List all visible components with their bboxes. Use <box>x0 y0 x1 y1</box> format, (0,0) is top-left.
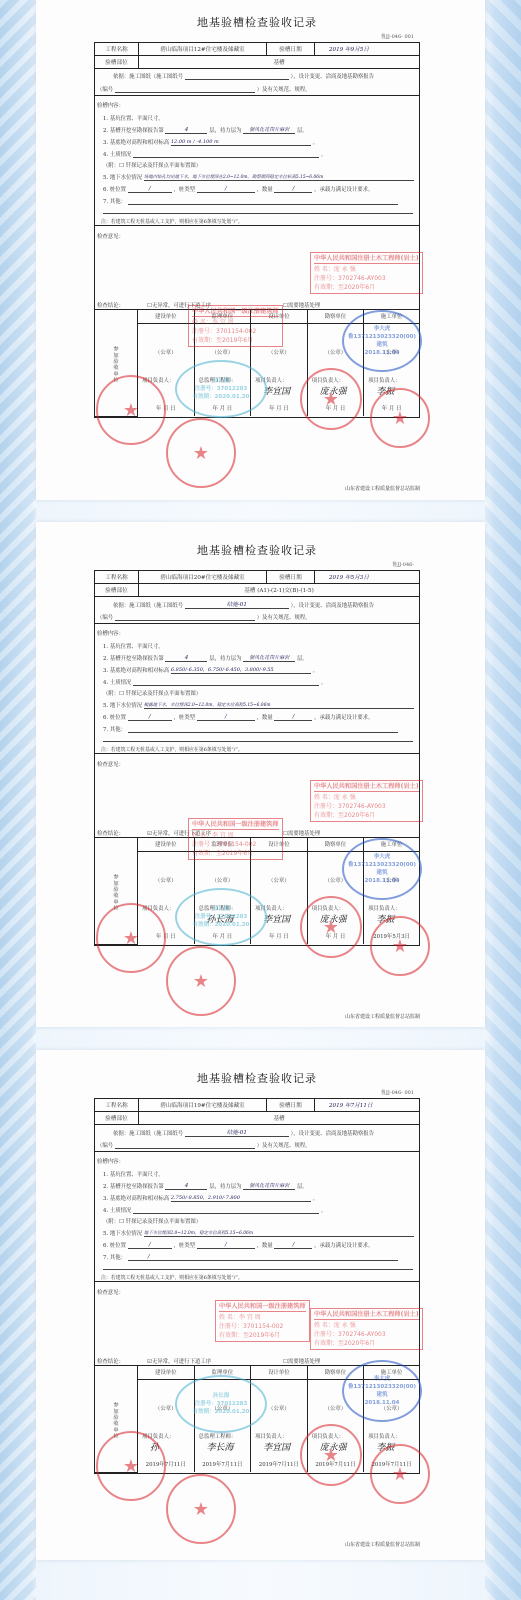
unit-cell: （公章）项目负责人：年 月 日 <box>138 323 195 416</box>
units-table: 参加验收单位 建设单位 监理单位 设计单位 勘察单位 施工单位 （公章）项目负责… <box>95 1366 419 1473</box>
sign-date: 年 月 日 <box>195 404 251 412</box>
units-section: 参加验收单位 建设单位 监理单位 设计单位 勘察单位 施工单位 （公章）项目负责… <box>95 1366 419 1473</box>
unit-name: 监理单位 <box>194 1366 251 1379</box>
item-1: 1. 基坑位置、平面尺寸。 <box>103 1170 164 1178</box>
elevation-value: 2.750/-8.850，2.910/-7.800 <box>171 1194 311 1202</box>
attachment-note: （附：☐ 钎探记录及钎探点平面布置图） <box>103 689 201 697</box>
basis-prefix: 依据：施工图纸（施工图纸号 <box>113 603 183 609</box>
signature: 李宜国 <box>263 912 290 925</box>
person-label: 项目负责人： <box>368 904 400 912</box>
pile-count: / <box>274 1242 312 1249</box>
pile-note: 注：若建筑工程无桩基或人工支护，则相应在第6条填写处划“/”。 <box>101 1274 243 1281</box>
drawing-number: 结施-01 <box>185 1128 289 1137</box>
unit-cell: （公章）项目负责人：庞永强年 月 日 <box>307 851 364 944</box>
seal-placeholder: （公章） <box>308 348 364 356</box>
unit-cell: （公章）总监理工程师：孙长海年 月 日 <box>194 851 251 944</box>
sign-date: 年 月 日 <box>195 932 251 940</box>
item-2: 2. 基槽开挖至勘探报告第 4 层，持力层为 强风化花岗片麻岩 层。 <box>103 654 308 662</box>
basis-prefix: 依据：施工图纸（施工图纸号 <box>113 74 183 80</box>
conclusion-treatment-checkbox[interactable]: ☐需要地基处理 <box>283 829 320 837</box>
item-1: 1. 基坑位置、平面尺寸。 <box>103 114 164 122</box>
basis-suffix: ），设计变更、洽商及地基勘察报告 <box>291 74 375 80</box>
person-label: 项目负责人： <box>312 904 344 912</box>
other-value <box>128 198 398 205</box>
unit-cell: （公章）项目负责人：年 月 日 <box>138 851 195 944</box>
part-label: 验槽部位 <box>95 1112 139 1125</box>
signature: 李长海 <box>207 1440 234 1453</box>
groundwater-value: 场地内钻孔均见地下水，地下水位埋深在2.0~12.0m，勘察期间稳定水位标高5.… <box>144 174 414 181</box>
item-6-prefix: 6. 桩位置 <box>103 715 126 721</box>
sign-date: 年 月 日 <box>308 932 364 940</box>
form-title: 地基验槽检查验收记录 <box>94 14 420 30</box>
unit-name: 建设单位 <box>138 838 195 851</box>
signature: 李振 <box>376 1440 394 1453</box>
item-7: 7. 其他： <box>103 197 398 205</box>
unit-name: 设计单位 <box>251 838 308 851</box>
pile-count: / <box>274 186 312 193</box>
unit-name: 监理单位 <box>194 838 251 851</box>
unit-cell: （公章）项目负责人：庞永强年 月 日 <box>307 323 364 416</box>
item-2-prefix: 2. 基槽开挖至勘探报告第 <box>103 128 164 134</box>
sign-date: 年 月 日 <box>251 404 307 412</box>
item-3-prefix: 3. 基底绝对高程和相对标高 <box>103 1196 169 1202</box>
conclusion-ok-checkbox[interactable]: ☐无异常，可进行下道工序 <box>147 301 211 309</box>
content-heading: 验槽内容： <box>97 629 124 637</box>
background-stripes-right <box>485 0 521 1600</box>
conclusion-ok-checkbox[interactable]: ☑无异常，可进行下道工序 <box>147 1357 211 1365</box>
item-6: 6. 桩位置 / ，桩类型 / ，数量 / ，承载力满足设计要求。 <box>103 185 373 193</box>
seal-placeholder: （公章） <box>138 1404 194 1412</box>
basis-prefix: 依据：施工图纸（施工图纸号 <box>113 1131 183 1137</box>
content-section: 验槽内容： 1. 基坑位置、平面尺寸。 2. 基槽开挖至勘探报告第 4 层，持力… <box>95 624 419 754</box>
units-table: 参加验收单位 建设单位 监理单位 设计单位 勘察单位 施工单位 （公章）项目负责… <box>95 838 419 945</box>
project-name-label: 工程名称 <box>95 1099 139 1112</box>
elevation-value: 6.850/-6.350，6.750/-6.450，3.800/-9.55 <box>171 666 311 674</box>
exploration-layer: 4 <box>165 127 207 134</box>
unit-name: 建设单位 <box>138 1366 195 1379</box>
report-prefix: （编号 <box>97 615 113 621</box>
part-label: 验槽部位 <box>95 584 139 597</box>
part-label: 验槽部位 <box>95 56 139 69</box>
unit-cell: （公章）项目负责人：李振2019年5月3日 <box>364 851 419 944</box>
basis-section: 依据：施工图纸（施工图纸号 结施-01 ），设计变更、洽商及地基勘察报告 （编号… <box>95 596 419 624</box>
form-body: 依据：施工图纸（施工图纸号 结施-01 ），设计变更、洽商及地基勘察报告 （编号… <box>94 1124 420 1474</box>
sign-date: 年 月 日 <box>138 932 194 940</box>
unit-cell: （公章）总监理工程师：年 月 日 <box>194 323 251 416</box>
unit-name: 建设单位 <box>138 310 195 323</box>
pile-type-label: ，桩类型 <box>173 1243 195 1249</box>
content-heading: 验槽内容： <box>97 101 124 109</box>
soil-condition <box>133 1207 319 1214</box>
signature: 李宜国 <box>263 384 290 397</box>
unit-name: 施工单位 <box>364 310 419 323</box>
item-2-mid: 层，持力层为 <box>209 656 241 662</box>
form-footer: 山东省建设工程质量监督总站监制 <box>345 485 420 492</box>
unit-name: 勘察单位 <box>307 310 364 323</box>
pile-type-label: ，桩类型 <box>173 187 195 193</box>
unit-name: 勘察单位 <box>307 1366 364 1379</box>
item-2-suffix: 层。 <box>297 1184 308 1190</box>
report-number <box>115 86 255 93</box>
person-label: 项目负责人： <box>368 376 400 384</box>
form-title: 地基验槽检查验收记录 <box>94 1070 420 1086</box>
inspection-date-label: 验槽日期 <box>267 571 315 584</box>
conclusion-ok-checkbox[interactable]: ☑无异常，可进行下道工序 <box>147 829 211 837</box>
opinion-section: 检查意见： 检查结论： ☑无异常，可进行下道工序 ☐需要地基处理 <box>95 754 419 838</box>
project-name-label: 工程名称 <box>95 571 139 584</box>
report-suffix: ）及有关规范、规程。 <box>257 615 311 621</box>
opinion-label: 检查意见： <box>97 232 124 240</box>
report-suffix: ）及有关规范、规程。 <box>257 1143 311 1149</box>
blank-line <box>103 213 413 214</box>
seal-placeholder: （公章） <box>364 348 419 356</box>
unit-cell: （公章）总监理工程师：李长海2019年7月11日 <box>194 1379 251 1472</box>
unit-name: 设计单位 <box>251 310 308 323</box>
item-5-prefix: 5. 地下水位情况 <box>103 1231 142 1237</box>
exploration-layer: 4 <box>165 1183 207 1190</box>
units-side-label: 参加验收单位 <box>95 1366 138 1472</box>
unit-cell: （公章）项目负责人：李宜国2019年7月11日 <box>251 1379 308 1472</box>
item-3: 3. 基底绝对高程和相对标高 2.750/-8.850，2.910/-7.800… <box>103 1194 318 1202</box>
item-7: 7. 其他： <box>103 725 398 733</box>
conclusion-label: 检查结论： <box>97 1357 124 1365</box>
units-section: 参加验收单位 建设单位 监理单位 设计单位 勘察单位 施工单位 （公章）项目负责… <box>95 310 419 417</box>
item-2-suffix: 层。 <box>297 656 308 662</box>
report-number <box>115 614 255 621</box>
pile-type-label: ，桩类型 <box>173 715 195 721</box>
attachment-note: （附：☐ 钎探记录及钎探点平面布置图） <box>103 161 201 169</box>
seal-placeholder: （公章） <box>308 1404 364 1412</box>
content-heading: 验槽内容： <box>97 1157 124 1165</box>
soil-condition <box>133 679 319 686</box>
seal-placeholder: （公章） <box>251 876 307 884</box>
pile-position: / <box>128 186 172 193</box>
sign-date: 年 月 日 <box>138 404 194 412</box>
attachment-note: （附：☐ 钎探记录及钎探点平面布置图） <box>103 1217 201 1225</box>
units-section: 参加验收单位 建设单位 监理单位 设计单位 勘察单位 施工单位 （公章）项目负责… <box>95 838 419 945</box>
units-side-label: 参加验收单位 <box>95 838 138 944</box>
seal-placeholder: （公章） <box>195 348 251 356</box>
pile-type: / <box>197 186 255 193</box>
signature: 李宜国 <box>263 1440 290 1453</box>
signature: 李振 <box>376 912 394 925</box>
pile-type: / <box>197 714 255 721</box>
drawing-number <box>185 73 289 80</box>
elevation-value: 12.00 m / -4.100 m <box>171 139 311 146</box>
pile-position: / <box>128 1242 172 1249</box>
person-label: 项目负责人： <box>142 904 174 912</box>
report-number <box>115 1142 255 1149</box>
unit-cell: （公章）项目负责人：孙2019年7月11日 <box>138 1379 195 1472</box>
bearing-layer: 强风化花岗片麻岩 <box>243 126 295 134</box>
pile-count-label: ，数量 <box>256 187 272 193</box>
unit-cell: （公章）项目负责人：李宜国年 月 日 <box>251 323 308 416</box>
report-suffix: ）及有关规范、规程。 <box>257 87 311 93</box>
basis-section: 依据：施工图纸（施工图纸号 ），设计变更、洽商及地基勘察报告 （编号 ）及有关规… <box>95 68 419 96</box>
bearing-layer: 强风化花岗片麻岩 <box>243 1182 295 1190</box>
opinion-section: 检查意见： 检查结论： ☐无异常，可进行下道工序 ☐需要地基处理 <box>95 226 419 310</box>
basis-section: 依据：施工图纸（施工图纸号 结施-01 ），设计变更、洽商及地基勘察报告 （编号… <box>95 1124 419 1152</box>
sign-date: 2019年7月11日 <box>138 1460 194 1468</box>
drawing-number: 结施-01 <box>185 600 289 609</box>
background-stripes-left <box>0 0 36 1600</box>
units-table: 参加验收单位 建设单位 监理单位 设计单位 勘察单位 施工单位 （公章）项目负责… <box>95 310 419 417</box>
item-2-mid: 层，持力层为 <box>209 1184 241 1190</box>
item-5: 5. 地下水位情况 地下水位埋深2.0~12.0m，稳定水位高程5.15~6.0… <box>103 1229 414 1237</box>
unit-name: 施工单位 <box>364 1366 419 1379</box>
project-name: 碧山临海项目12#住宅楼及储藏室 <box>139 43 267 56</box>
opinion-label: 检查意见： <box>97 1288 124 1296</box>
blank-line <box>103 1269 413 1270</box>
blank-line <box>103 741 413 742</box>
pile-position: / <box>128 714 172 721</box>
person-label: 项目负责人： <box>368 1432 400 1440</box>
unit-name: 施工单位 <box>364 838 419 851</box>
seal-placeholder: （公章） <box>138 348 194 356</box>
seal-placeholder: （公章） <box>195 876 251 884</box>
sign-date: 2019年5月3日 <box>364 932 419 940</box>
signature: 孙 <box>150 1440 159 1453</box>
item-6-suffix: ，承载力满足设计要求。 <box>314 715 373 721</box>
item-4-prefix: 4. 土质情况 <box>103 152 131 158</box>
groundwater-value: 揭露地下水，水位埋深2.0~12.0m，稳定水位高程5.15~6.06m <box>144 702 414 709</box>
item-5-prefix: 5. 地下水位情况 <box>103 703 142 709</box>
sign-date: 年 月 日 <box>251 932 307 940</box>
item-2: 2. 基槽开挖至勘探报告第 4 层，持力层为 强风化花岗片麻岩 层。 <box>103 126 308 134</box>
person-label: 总监理工程师： <box>199 1432 237 1440</box>
conclusion-label: 检查结论： <box>97 301 124 309</box>
item-5-prefix: 5. 地下水位情况 <box>103 175 142 181</box>
sign-date: 2019年7月11日 <box>251 1460 307 1468</box>
person-label: 项目负责人： <box>142 1432 174 1440</box>
item-1: 1. 基坑位置、平面尺寸。 <box>103 642 164 650</box>
item-7-prefix: 7. 其他： <box>103 727 126 733</box>
item-2-suffix: 层。 <box>297 128 308 134</box>
inspection-part: 基槽 <box>139 56 420 69</box>
seal-placeholder: （公章） <box>138 876 194 884</box>
item-6: 6. 桩位置 / ，桩类型 / ，数量 / ，承载力满足设计要求。 <box>103 1241 373 1249</box>
pile-count-label: ，数量 <box>256 715 272 721</box>
other-value: / <box>128 1254 398 1261</box>
report-prefix: （编号 <box>97 87 113 93</box>
unit-cell: （公章）项目负责人：李振年 月 日 <box>364 323 419 416</box>
report-prefix: （编号 <box>97 1143 113 1149</box>
item-4: 4. 土质情况 。 <box>103 678 326 686</box>
exploration-layer: 4 <box>165 655 207 662</box>
inspection-date-label: 验槽日期 <box>267 43 315 56</box>
sign-date: 年 月 日 <box>364 404 419 412</box>
signature: 孙长海 <box>207 912 234 925</box>
signature: 李振 <box>376 384 394 397</box>
form-body: 依据：施工图纸（施工图纸号 ），设计变更、洽商及地基勘察报告 （编号 ）及有关规… <box>94 68 420 418</box>
person-label: 项目负责人： <box>255 376 287 384</box>
unit-cell: （公章）项目负责人：李振2019年7月11日 <box>364 1379 419 1472</box>
seal-placeholder: （公章） <box>364 876 419 884</box>
item-4-prefix: 4. 土质情况 <box>103 680 131 686</box>
person-label: 总监理工程师： <box>199 904 237 912</box>
sign-date: 2019年7月11日 <box>308 1460 364 1468</box>
project-name: 碧山临海项目20#住宅楼及储藏室 <box>139 571 267 584</box>
project-name-label: 工程名称 <box>95 43 139 56</box>
form-code: 鲁JJ-046- <box>392 561 414 568</box>
sign-date: 年 月 日 <box>308 404 364 412</box>
pile-note: 注：若建筑工程无桩基或人工支护，则相应在第6条填写处划“/”。 <box>101 218 243 225</box>
pile-count-label: ，数量 <box>256 1243 272 1249</box>
seal-placeholder: （公章） <box>251 1404 307 1412</box>
opinion-section: 检查意见： 检查结论： ☑无异常，可进行下道工序 ☐需要地基处理 <box>95 1282 419 1366</box>
item-4: 4. 土质情况 。 <box>103 150 326 158</box>
item-6: 6. 桩位置 / ，桩类型 / ，数量 / ，承载力满足设计要求。 <box>103 713 373 721</box>
item-7-prefix: 7. 其他： <box>103 1255 126 1261</box>
header-table: 工程名称 碧山临海项目12#住宅楼及储藏室 验槽日期 2019 年9月5日 验槽… <box>94 42 420 69</box>
item-3-prefix: 3. 基底绝对高程和相对标高 <box>103 668 169 674</box>
inspection-date: 2019 年9月5日 <box>315 43 420 56</box>
content-section: 验槽内容： 1. 基坑位置、平面尺寸。 2. 基槽开挖至勘探报告第 4 层，持力… <box>95 96 419 226</box>
opinion-label: 检查意见： <box>97 760 124 768</box>
person-label: 项目负责人： <box>255 904 287 912</box>
item-6-prefix: 6. 桩位置 <box>103 1243 126 1249</box>
form-title: 地基验槽检查验收记录 <box>94 542 420 558</box>
item-2: 2. 基槽开挖至勘探报告第 4 层，持力层为 强风化花岗片麻岩 层。 <box>103 1182 308 1190</box>
inspection-date: 2019 年7月11日 <box>315 1099 420 1112</box>
person-label: 项目负责人： <box>312 1432 344 1440</box>
unit-name: 监理单位 <box>194 310 251 323</box>
signature: 庞永强 <box>320 1440 347 1453</box>
soil-condition <box>133 151 319 158</box>
person-label: 项目负责人： <box>312 376 344 384</box>
pile-type: / <box>197 1242 255 1249</box>
item-6-prefix: 6. 桩位置 <box>103 187 126 193</box>
item-4: 4. 土质情况 。 <box>103 1206 326 1214</box>
seal-placeholder: （公章） <box>308 876 364 884</box>
seal-placeholder: （公章） <box>251 348 307 356</box>
unit-cell: （公章）项目负责人：庞永强2019年7月11日 <box>307 1379 364 1472</box>
person-label: 总监理工程师： <box>199 376 237 384</box>
item-7: 7. 其他： / <box>103 1253 398 1261</box>
basis-suffix: ），设计变更、洽商及地基勘察报告 <box>291 603 375 609</box>
header-table: 工程名称 碧山临海项目20#住宅楼及储藏室 验槽日期 2019 年5月3日 验槽… <box>94 570 420 597</box>
inspection-date: 2019 年5月3日 <box>315 571 420 584</box>
units-side-label: 参加验收单位 <box>95 310 138 416</box>
item-2-mid: 层，持力层为 <box>209 128 241 134</box>
person-label: 项目负责人： <box>255 1432 287 1440</box>
groundwater-value: 地下水位埋深2.0~12.0m，稳定水位高程5.15~6.06m <box>144 1230 414 1237</box>
person-label: 项目负责人： <box>142 376 174 384</box>
signature: 庞永强 <box>320 384 347 397</box>
item-2-prefix: 2. 基槽开挖至勘探报告第 <box>103 1184 164 1190</box>
form-footer: 山东省建设工程质量监督总站监制 <box>345 1013 420 1020</box>
other-value <box>128 726 398 733</box>
form-body: 依据：施工图纸（施工图纸号 结施-01 ），设计变更、洽商及地基勘察报告 （编号… <box>94 596 420 946</box>
item-4-prefix: 4. 土质情况 <box>103 1208 131 1214</box>
item-5: 5. 地下水位情况 场地内钻孔均见地下水，地下水位埋深在2.0~12.0m，勘察… <box>103 173 414 181</box>
conclusion-treatment-checkbox[interactable]: ☐需要地基处理 <box>283 1357 320 1365</box>
inspection-date-label: 验槽日期 <box>267 1099 315 1112</box>
conclusion-label: 检查结论： <box>97 829 124 837</box>
item-7-prefix: 7. 其他： <box>103 199 126 205</box>
seal-placeholder: （公章） <box>195 1404 251 1412</box>
item-3: 3. 基底绝对高程和相对标高 6.850/-6.350，6.750/-6.450… <box>103 666 318 674</box>
form-footer: 山东省建设工程质量监督总站监制 <box>345 1541 420 1548</box>
unit-name: 设计单位 <box>251 1366 308 1379</box>
bearing-layer: 强风化花岗片麻岩 <box>243 654 295 662</box>
project-name: 碧山临海项目19#住宅楼及储藏室 <box>139 1099 267 1112</box>
unit-cell: （公章）项目负责人：李宜国年 月 日 <box>251 851 308 944</box>
form-code: 鲁JJ-046- 001 <box>381 1089 414 1096</box>
seal-placeholder: （公章） <box>364 1404 419 1412</box>
sign-date: 2019年7月11日 <box>364 1460 419 1468</box>
signature: 庞永强 <box>320 912 347 925</box>
pile-note: 注：若建筑工程无桩基或人工支护，则相应在第6条填写处划“/”。 <box>101 746 243 753</box>
item-6-suffix: ，承载力满足设计要求。 <box>314 187 373 193</box>
conclusion-treatment-checkbox[interactable]: ☐需要地基处理 <box>283 301 320 309</box>
basis-suffix: ），设计变更、洽商及地基勘察报告 <box>291 1131 375 1137</box>
item-2-prefix: 2. 基槽开挖至勘探报告第 <box>103 656 164 662</box>
unit-name: 勘察单位 <box>307 838 364 851</box>
form-code: 鲁JJ-046- 001 <box>381 33 414 40</box>
item-3-prefix: 3. 基底绝对高程和相对标高 <box>103 140 169 146</box>
item-5: 5. 地下水位情况 揭露地下水，水位埋深2.0~12.0m，稳定水位高程5.15… <box>103 701 414 709</box>
sign-date: 2019年7月11日 <box>195 1460 251 1468</box>
inspection-part: 基槽 <box>139 1112 420 1125</box>
header-table: 工程名称 碧山临海项目19#住宅楼及储藏室 验槽日期 2019 年7月11日 验… <box>94 1098 420 1125</box>
pile-count: / <box>274 714 312 721</box>
content-section: 验槽内容： 1. 基坑位置、平面尺寸。 2. 基槽开挖至勘探报告第 4 层，持力… <box>95 1152 419 1282</box>
inspection-part: 基槽 (A1)-(2-1)交(B)-(1-5) <box>139 584 420 597</box>
item-3: 3. 基底绝对高程和相对标高 12.00 m / -4.100 m 。 <box>103 138 318 146</box>
item-6-suffix: ，承载力满足设计要求。 <box>314 1243 373 1249</box>
